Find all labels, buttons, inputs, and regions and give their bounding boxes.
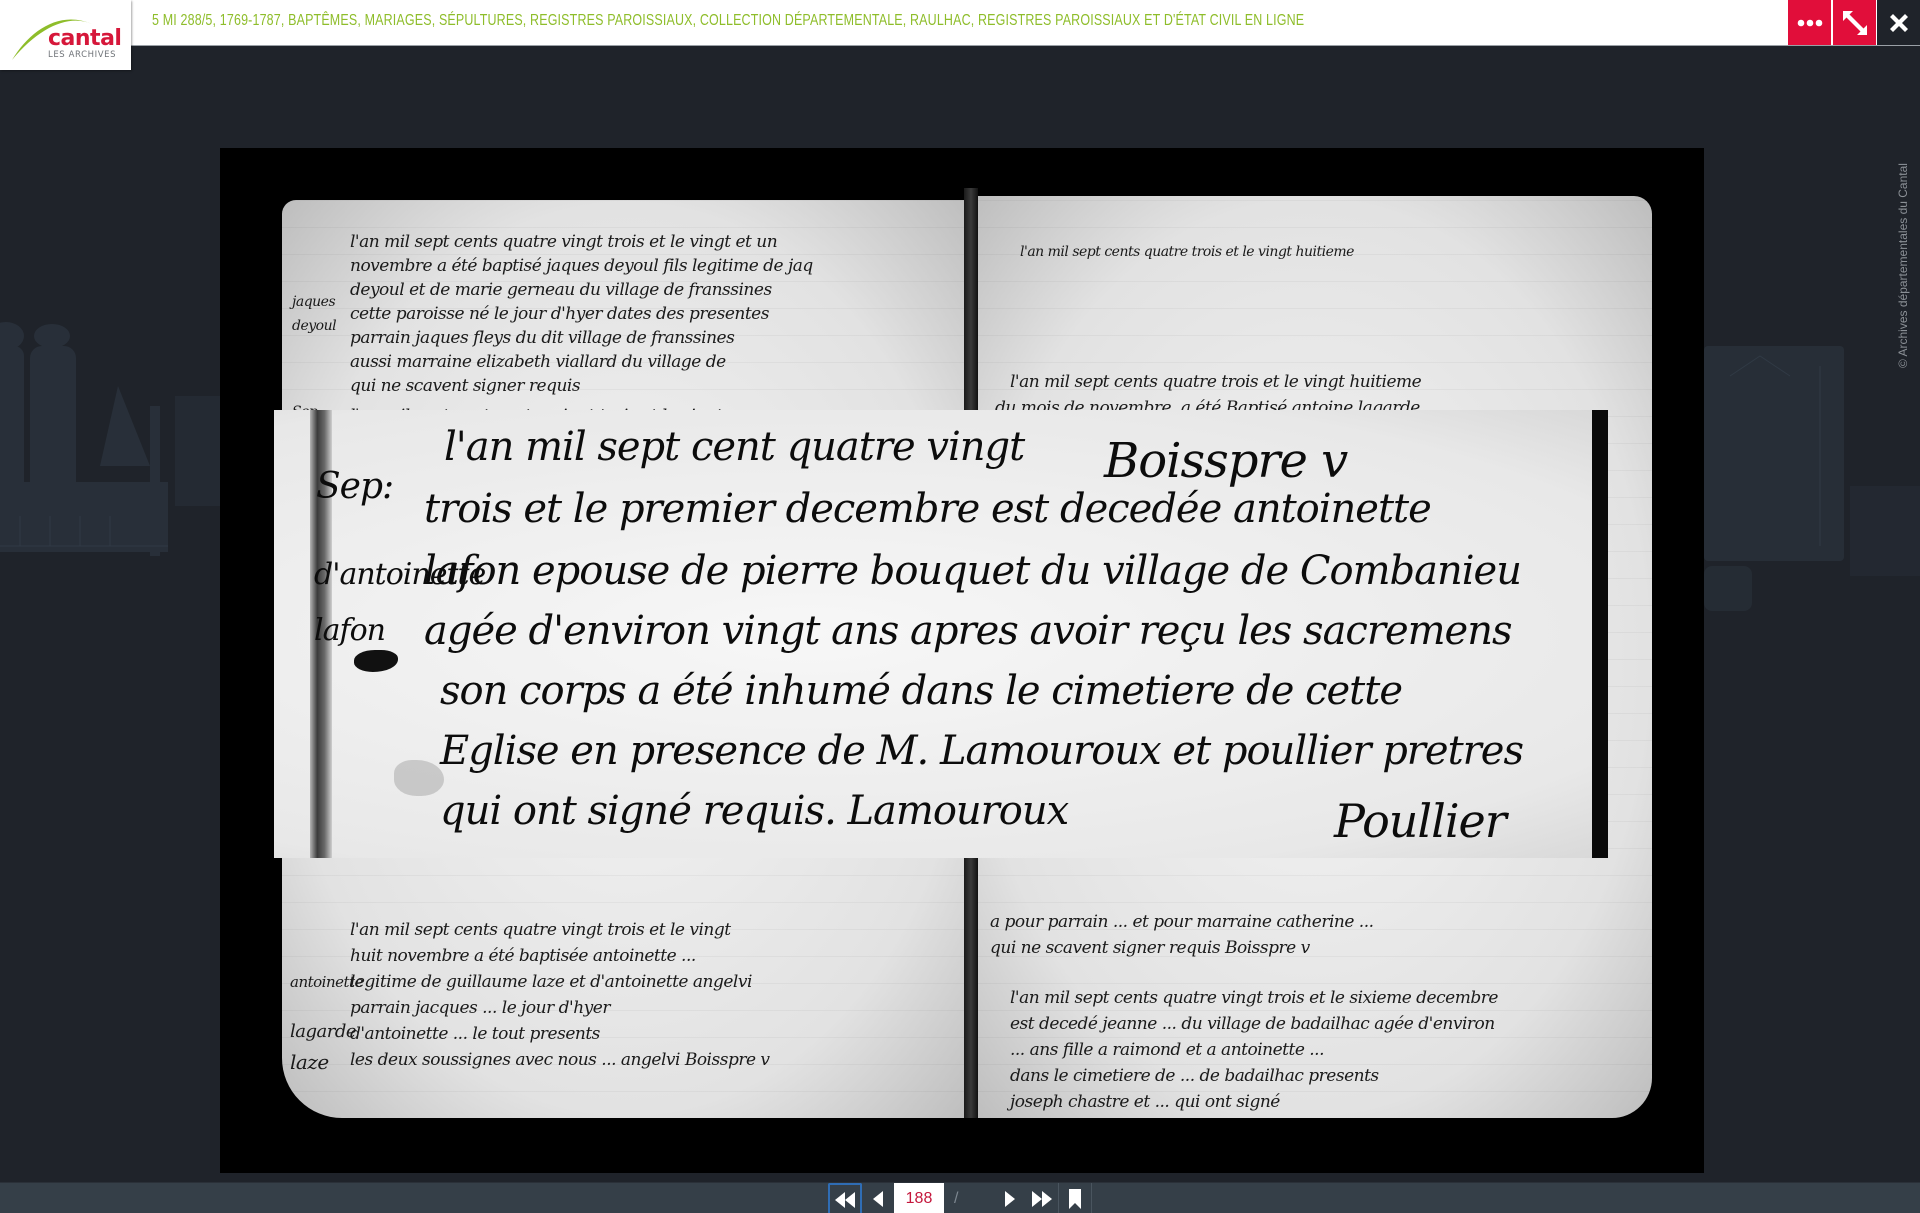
top-bar: 5 MI 288/5, 1769-1787, BAPTÊMES, MARIAGE…	[0, 0, 1920, 46]
expand-arrows-icon	[1841, 9, 1869, 37]
total-pages-label: / 246	[944, 1183, 994, 1213]
bookmark-icon	[1069, 1189, 1081, 1209]
loupe-page-edge	[1592, 410, 1608, 858]
previous-page-button[interactable]	[862, 1183, 894, 1213]
fullscreen-button[interactable]	[1833, 0, 1876, 45]
image-viewer[interactable]: © Archives départementales du Cantal l'a…	[0, 46, 1920, 1182]
double-chevron-right-icon	[1030, 1190, 1054, 1208]
pagination-controls: / 246	[828, 1183, 1092, 1213]
more-options-button[interactable]	[1788, 0, 1831, 45]
ellipsis-icon	[1797, 18, 1823, 28]
close-x-icon	[1887, 11, 1911, 35]
paper-stain	[394, 760, 444, 796]
copyright-notice: © Archives départementales du Cantal	[1896, 128, 1912, 368]
pagination-divider	[1091, 1183, 1092, 1213]
double-chevron-left-icon	[833, 1191, 857, 1209]
first-page-button[interactable]	[828, 1183, 862, 1213]
next-page-button[interactable]	[994, 1183, 1026, 1213]
cantal-archives-logo[interactable]: cantal LES ARCHIVES	[0, 0, 131, 70]
triangle-left-icon	[872, 1190, 884, 1208]
triangle-right-icon	[1004, 1190, 1016, 1208]
last-page-button[interactable]	[1026, 1183, 1058, 1213]
bookmark-button[interactable]	[1059, 1183, 1091, 1213]
logo-subtitle: LES ARCHIVES	[48, 50, 116, 60]
document-title: 5 MI 288/5, 1769-1787, BAPTÊMES, MARIAGE…	[152, 12, 1304, 30]
magnifier-loupe[interactable]: Sep: d'antoinette lafon l'an mil sept ce…	[274, 410, 1608, 858]
current-page-input[interactable]	[894, 1183, 944, 1213]
pagination-bar: / 246	[0, 1182, 1920, 1213]
close-button[interactable]	[1877, 0, 1920, 45]
logo-wordmark: cantal	[48, 28, 121, 50]
